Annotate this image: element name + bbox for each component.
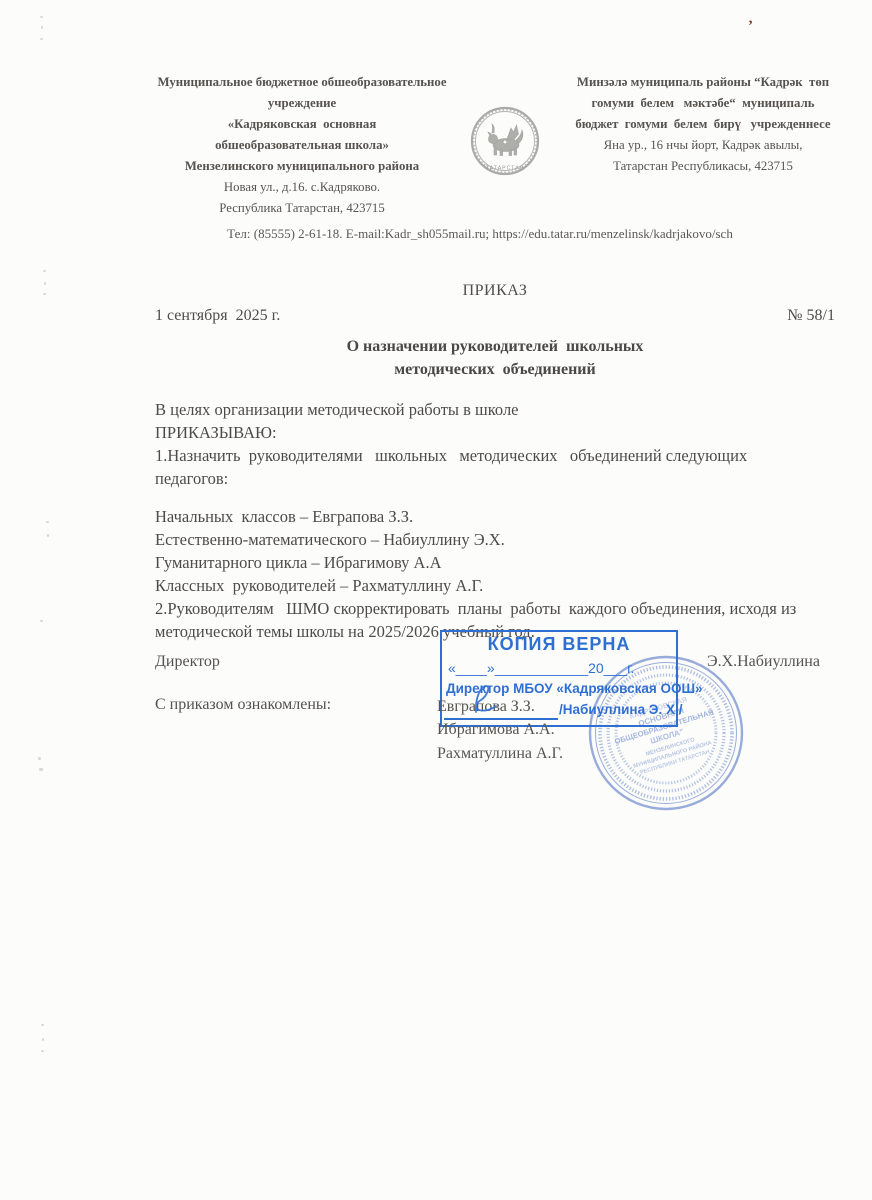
org-name-line-tatar: бюджет гомуми белем бирү учрежденнесе [545,114,861,135]
org-address-line: Республика Татарстан, 423715 [148,198,456,219]
handwritten-signature [462,682,508,718]
org-address-line-tatar: Татарстан Республикасы, 423715 [545,156,861,177]
scan-artifact [47,534,49,537]
assignment-line: Естественно-математического – Набиуллину… [155,530,845,550]
assignment-line: Начальных классов – Евграпова З.З. [155,507,845,527]
order-body-line: ПРИКАЗЫВАЮ: [155,423,845,443]
director-label: Директор [155,653,220,671]
scan-artifact [46,521,49,523]
acknowledged-label: С приказом ознакомлены: [155,696,331,714]
org-name-line: Мензелинского муниципального района [148,156,456,177]
scan-artifact [38,757,41,760]
org-name-line: учреждение [148,93,456,114]
org-address-line: Новая ул., д.16. с.Кадряково. [148,177,456,198]
org-name-line-tatar: гомуми белем мәктәбе“ муниципаль [545,93,861,114]
scan-artifact [42,1038,44,1041]
order-body-line: 1.Назначить руководителями школьных мето… [155,446,845,466]
assignment-line: Классных руководителей – Рахматуллину А.… [155,576,845,596]
scan-artifact [43,293,46,295]
order-body-line: В целях организации методической работы … [155,400,845,420]
assignment-line: Гуманитарного цикла – Ибрагимову А.А [155,553,845,573]
scan-artifact [41,26,43,29]
emblem-caption: ТАТАРСТАН [486,166,525,172]
org-name-line: «Кадряковская основная [148,114,456,135]
letterhead-russian: Муниципальное бюджетное обшеобразователь… [148,72,456,219]
scan-artifact [44,282,46,285]
org-name-line: обшеобразовательная школа» [148,135,456,156]
org-address-line-tatar: Яна ур., 16 нчы йорт, Кадрәк авылы, [545,135,861,156]
acknowledged-name: Рахматуллина А.Г. [437,745,563,763]
scan-speck-mark: ’ [748,18,753,35]
copy-stamp-signature-line: /Набиуллина Э. Х / [559,702,682,717]
letterhead-tatar: Минзәлә муниципаль районы “Кадрәк төп го… [545,72,861,177]
contact-line: Тел: (85555) 2-61-18. E-mail:Kadr_sh055m… [130,226,830,242]
tatarstan-coat-of-arms-icon: ТАТАРСТАН [466,100,544,186]
order-title: ПРИКАЗ [155,282,835,300]
acknowledged-name: Ибрагимова А.А. [437,721,555,739]
order-number: № 58/1 [155,307,835,325]
copy-stamp-title: КОПИЯ ВЕРНА [442,634,676,655]
org-name-line: Муниципальное бюджетное обшеобразователь… [148,72,456,93]
copy-stamp-date-line: «____»____________20___г. [448,660,634,676]
order-subject-line: методических объединений [155,361,835,379]
scan-artifact [40,38,43,40]
scan-artifact [41,1050,44,1052]
order-body-line: 2.Руководителям ШМО скорректировать план… [155,599,845,619]
order-subject-line: О назначении руководителей школьных [155,338,835,356]
scan-artifact [40,620,43,622]
scanned-order-document: ’ Муниципальное бюджетное обшеобразовате… [0,0,872,1200]
order-body-line: педагогов: [155,469,845,489]
scan-artifact [41,1024,44,1026]
copy-stamp-underline [444,718,558,720]
scan-artifact [39,768,43,771]
org-name-line-tatar: Минзәлә муниципаль районы “Кадрәк төп [545,72,861,93]
scan-artifact [40,16,43,18]
scan-artifact [43,270,46,272]
